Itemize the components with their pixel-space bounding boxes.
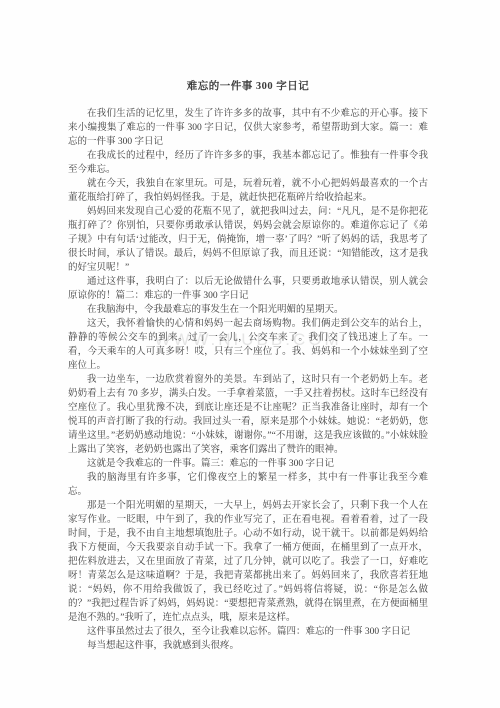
document-page: 难忘的一件事 300 字日记 www.niubb.com 在我们生活的记忆里，发…: [0, 0, 500, 708]
paragraph: 我的脑海里有许多事，它们像夜空上的繁星一样多，其中有一件事让我至今难忘。: [68, 471, 428, 499]
paragraph: 这天，我怀着愉快的心情和妈妈一起去商场购物。我们俩走到公交车的站台上，静静的等候…: [68, 317, 428, 373]
paragraph: 通过这件事，我明白了：以后无论做错什么事，只要勇敢地承认错误，别人就会原谅你的！…: [68, 275, 428, 303]
paragraph: 每当想起这件事，我就感到头很疼。: [68, 639, 428, 653]
paragraph: 在我成长的过程中，经历了许许多多的事，我基本都忘记了。惟独有一件事令我至今难忘。: [68, 149, 428, 177]
paragraph: 我一边坐车，一边欣赏着窗外的美景。车到站了，这时只有一个老奶奶上车。老奶奶看上去…: [68, 373, 428, 457]
paragraph: 那是一个阳光明媚的星期天，一大早上，妈妈去开家长会了，只剩下我一个人在家写作业。…: [68, 499, 428, 625]
paragraph: 在我脑海中，令我最难忘的事发生在一个阳光明媚的星期天。: [68, 303, 428, 317]
paragraph: 这就是令我难忘的一件事。篇三：难忘的一件事 300 字日记: [68, 457, 428, 471]
paragraph: 就在今天，我独自在家里玩。可是，玩着玩着，就不小心把妈妈最喜欢的一个古董花瓶给打…: [68, 177, 428, 205]
document-body: 在我们生活的记忆里，发生了许许多多的故事，其中有不少难忘的开心事。接下来小编搜集…: [68, 107, 428, 653]
page-title: 难忘的一件事 300 字日记: [68, 0, 428, 93]
paragraph: 这件事虽然过去了很久，至今让我难以忘怀。篇四：难忘的一件事 300 字日记: [68, 625, 428, 639]
paragraph: 妈妈回来发现自己心爱的花瓶不见了，就把我叫过去，问：“凡凡，是不是你把花瓶打碎了…: [68, 205, 428, 275]
paragraph: 在我们生活的记忆里，发生了许许多多的故事，其中有不少难忘的开心事。接下来小编搜集…: [68, 107, 428, 149]
